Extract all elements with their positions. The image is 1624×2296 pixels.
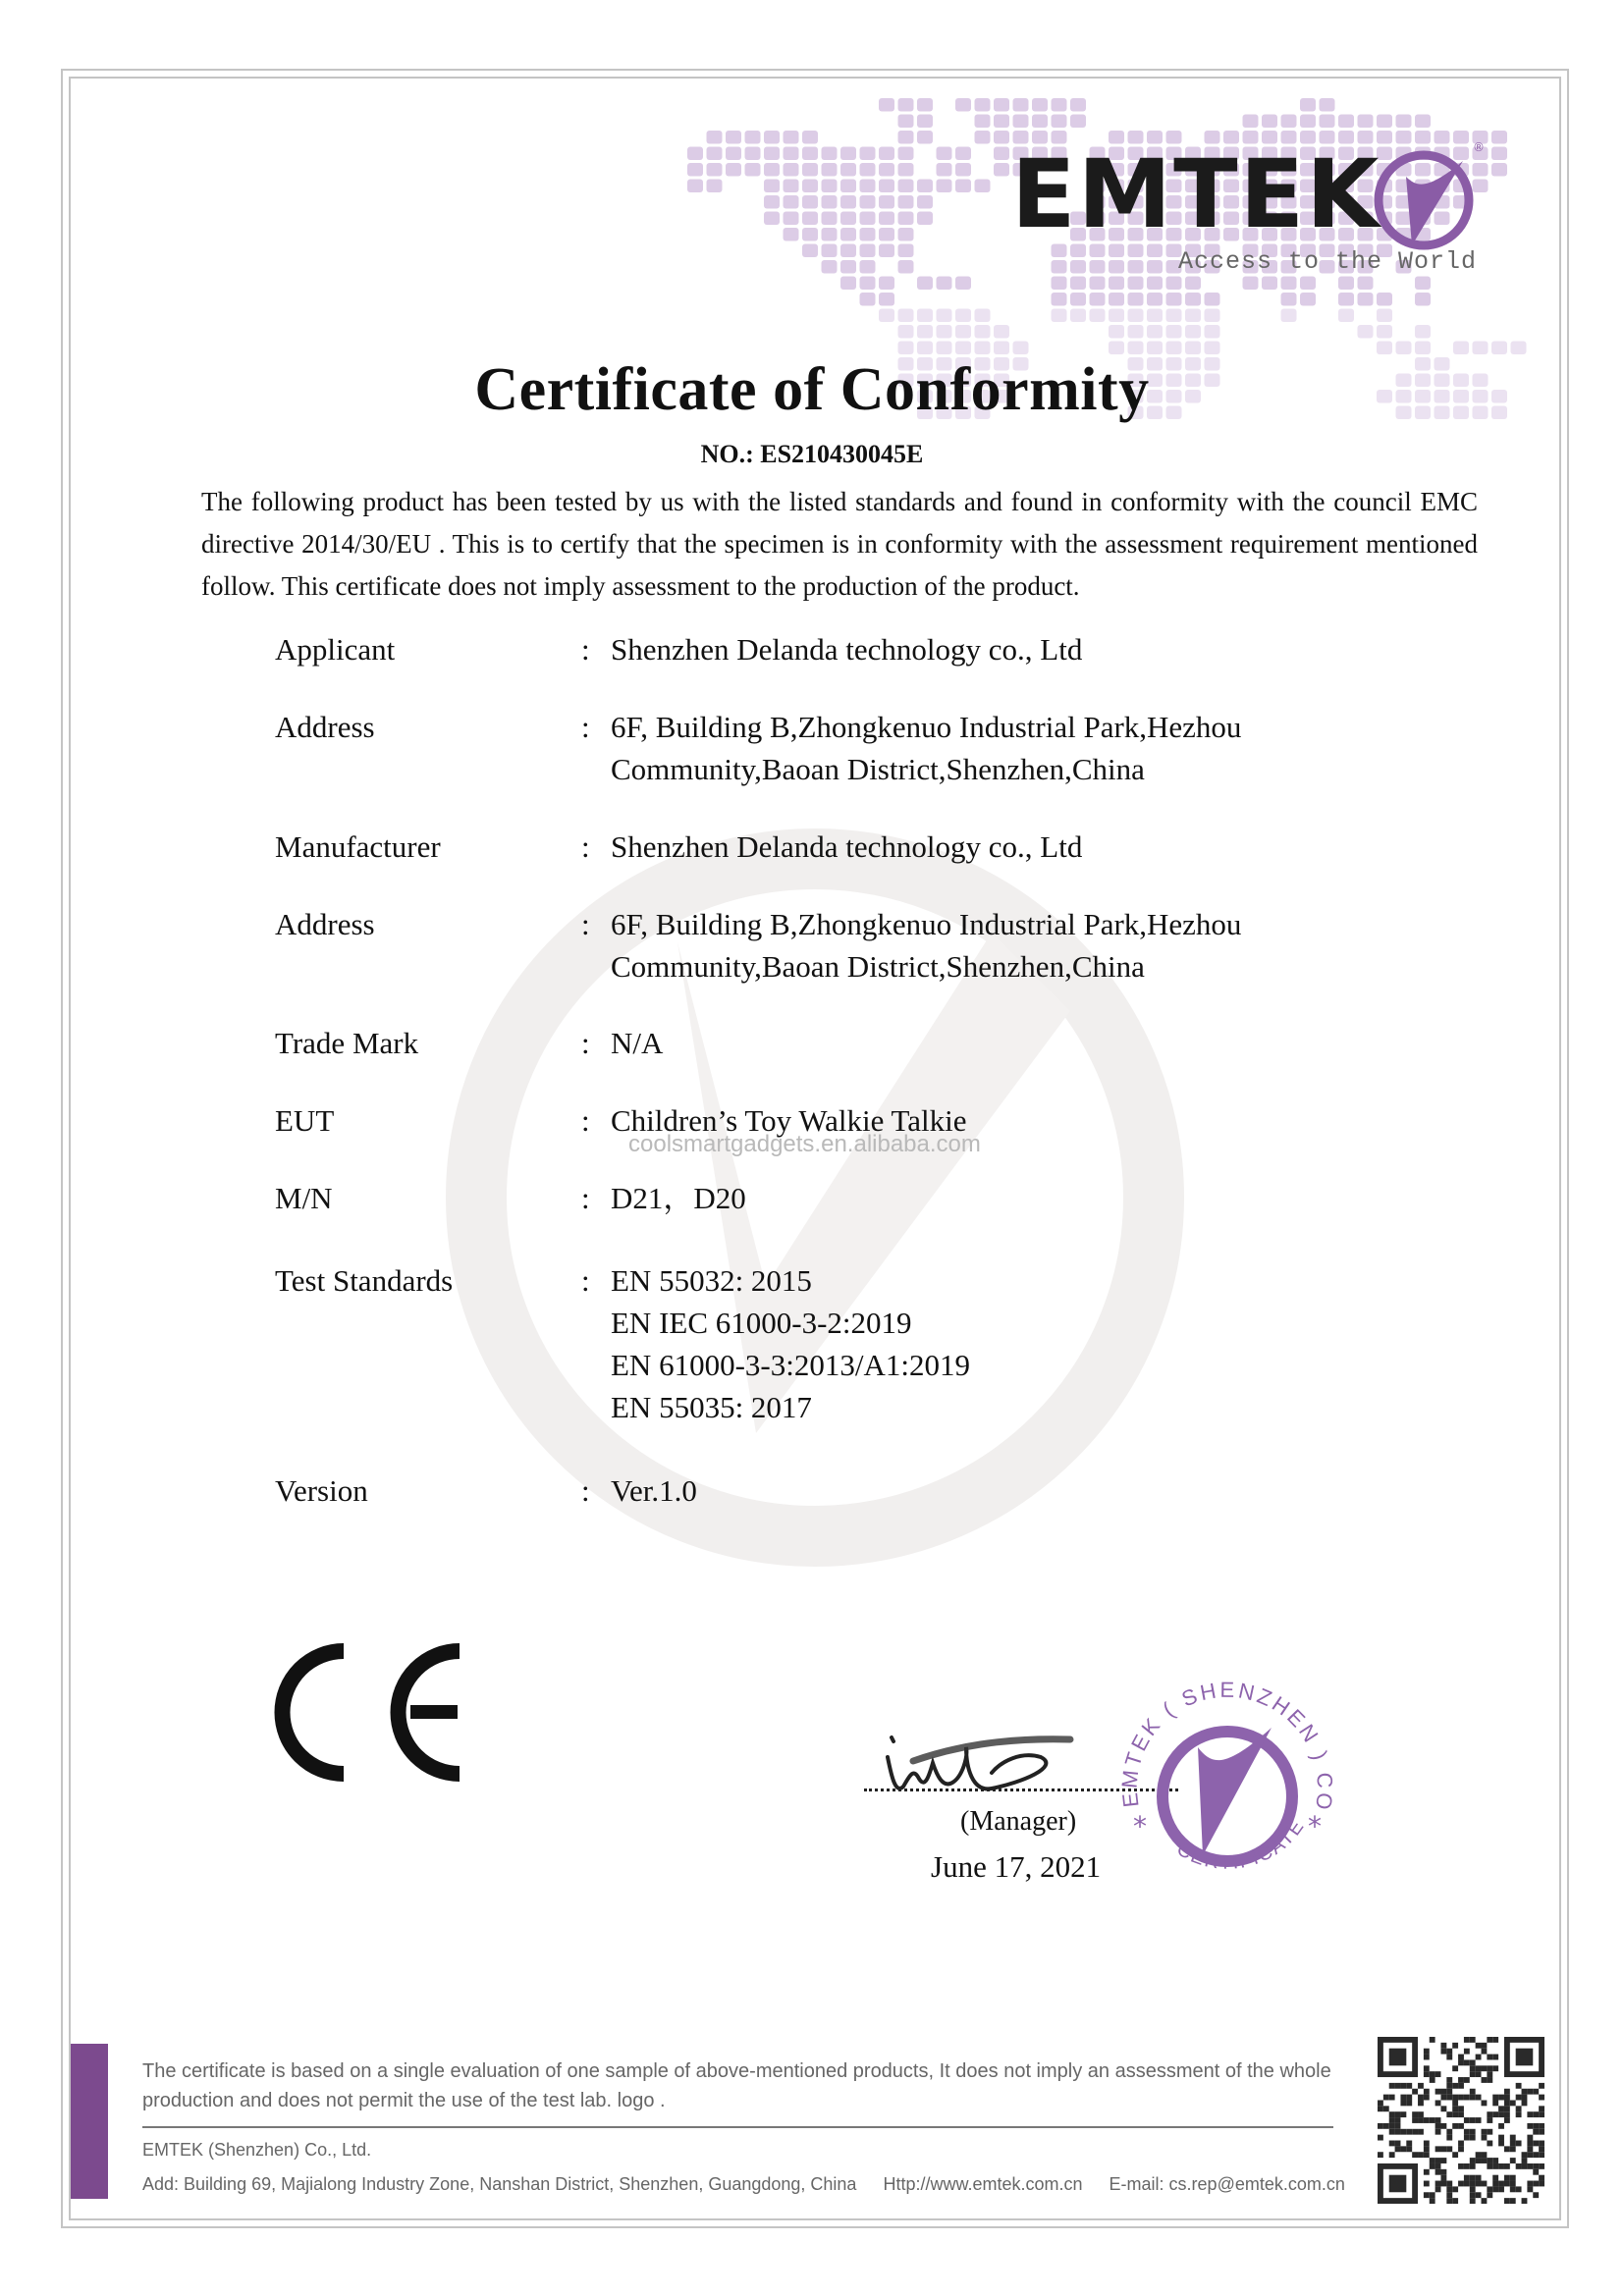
svg-text:CERTIFICATE: CERTIFICATE: [1173, 1815, 1310, 1874]
issue-date: June 17, 2021: [931, 1849, 1101, 1885]
field-value: EN 55032: 2015 EN IEC 61000-3-2:2019 EN …: [611, 1259, 1357, 1428]
certificate-title: Certificate of Conformity: [0, 355, 1624, 425]
seal-star-right: *: [1308, 1810, 1322, 1842]
field-label: Address: [275, 903, 375, 945]
signer-role: (Manager): [960, 1806, 1076, 1838]
field-label: Address: [275, 706, 375, 748]
footer-email-link[interactable]: E-mail: cs.rep@emtek.com.cn: [1110, 2174, 1345, 2194]
ce-mark-icon: [273, 1641, 474, 1784]
footer-contact: Add: Building 69, Majialong Industry Zon…: [142, 2174, 1335, 2195]
logo-wordmark: EMTEK: [1011, 147, 1381, 241]
field-value: Shenzhen Delanda technology co., Ltd: [611, 628, 1357, 670]
field-label: M/N: [275, 1177, 333, 1219]
footer-website-link[interactable]: Http://www.emtek.com.cn: [883, 2174, 1082, 2194]
footer-company: EMTEK (Shenzhen) Co., Ltd.: [142, 2140, 371, 2161]
field-value: Ver.1.0: [611, 1469, 1357, 1512]
footer-accent-bar: [71, 2044, 108, 2199]
field-colon: :: [581, 628, 590, 670]
field-colon: :: [581, 1099, 590, 1142]
field-value: 6F, Building B,Zhongkenuo Industrial Par…: [611, 903, 1357, 988]
alibaba-watermark: coolsmartgadgets.en.alibaba.com: [628, 1131, 981, 1158]
field-label: Trade Mark: [275, 1022, 418, 1064]
field-value: N/A: [611, 1022, 1357, 1064]
footer-disclaimer: The certificate is based on a single eva…: [142, 2056, 1340, 2115]
field-colon: :: [581, 706, 590, 748]
field-colon: :: [581, 1469, 590, 1512]
field-label: Manufacturer: [275, 826, 441, 868]
field-label: Version: [275, 1469, 368, 1512]
footer-divider: [142, 2126, 1333, 2128]
field-colon: :: [581, 1177, 590, 1219]
check-circle-logo-icon: ®: [1367, 137, 1485, 255]
field-value: 6F, Building B,Zhongkenuo Industrial Par…: [611, 706, 1357, 790]
qr-code-icon[interactable]: [1378, 2037, 1544, 2204]
field-label: Applicant: [275, 628, 395, 670]
seal-star-left: *: [1133, 1810, 1147, 1842]
field-colon: :: [581, 826, 590, 868]
manager-signature: [874, 1718, 1090, 1806]
field-label: EUT: [275, 1099, 334, 1142]
seal-bottom-text: CERTIFICATE: [1173, 1815, 1310, 1874]
field-value: D21，D20: [611, 1177, 1357, 1219]
registered-mark: ®: [1473, 140, 1485, 154]
field-label: Test Standards: [275, 1259, 453, 1302]
logo-tagline: Access to the World: [1178, 247, 1477, 276]
field-colon: :: [581, 903, 590, 945]
emtek-logo: EMTEK ® Access to the World: [1011, 137, 1502, 294]
footer-address: Add: Building 69, Majialong Industry Zon…: [142, 2174, 856, 2194]
field-value: Shenzhen Delanda technology co., Ltd: [611, 826, 1357, 868]
field-colon: :: [581, 1022, 590, 1064]
certificate-number: NO.: ES210430045E: [0, 440, 1624, 469]
field-colon: :: [581, 1259, 590, 1302]
company-seal-icon: EMTEK ( SHENZHEN ) CO., LTD. CERTIFICATE…: [1100, 1659, 1355, 1914]
certificate-intro: The following product has been tested by…: [201, 481, 1478, 608]
